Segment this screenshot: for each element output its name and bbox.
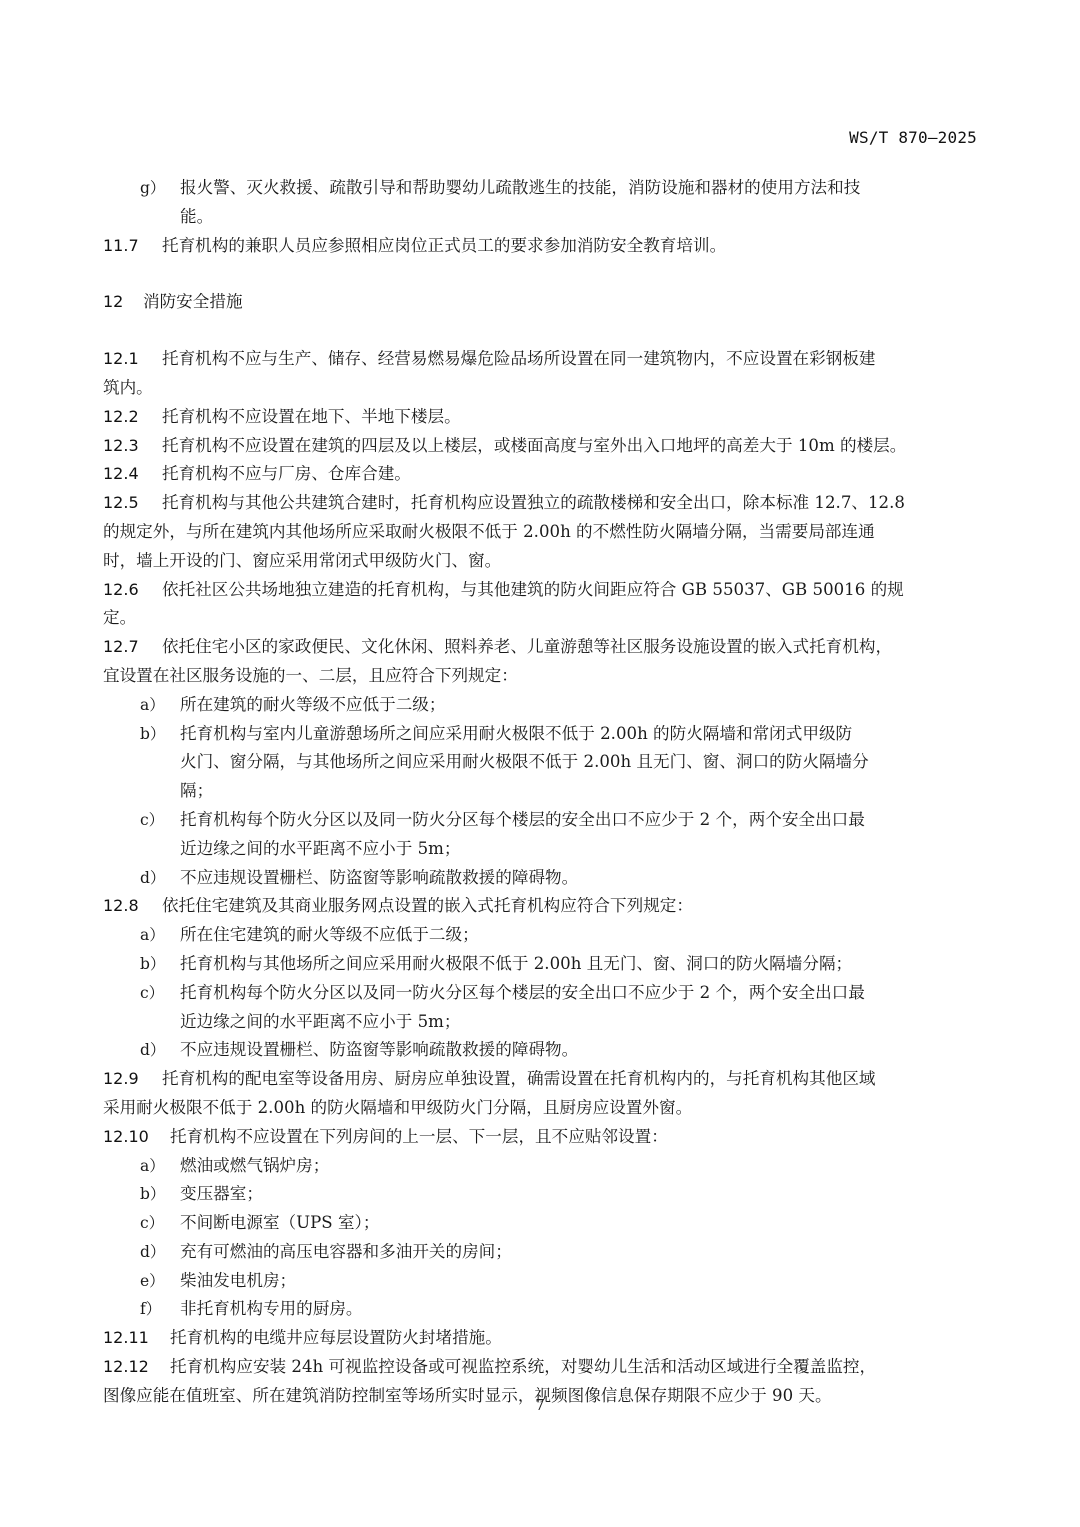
clause-12-4: 12.4托育机构不应与厂房、仓库合建。 [103,460,979,489]
clause-text: 托育机构不应与生产、储存、经营易燃易爆危险品场所设置在同一建筑物内，不应设置在彩… [162,349,876,368]
item-text: 托育机构与其他场所之间应采用耐火极限不低于 2.00h 且无门、窗、洞口的防火隔… [180,954,852,973]
list-item-d: d）不应违规设置栅栏、防盗窗等影响疏散救援的障碍物。 [103,1036,979,1065]
item-text: 变压器室； [180,1184,263,1203]
list-marker: d） [140,1036,180,1065]
item-text: 火门、窗分隔，与其他场所之间应采用耐火极限不低于 2.00h 且无门、窗、洞口的… [180,752,869,771]
item-text: 不应违规设置栅栏、防盗窗等影响疏散救援的障碍物。 [180,868,578,887]
clause-11-7: 11.7托育机构的兼职人员应参照相应岗位正式员工的要求参加消防安全教育培训。 [103,232,979,261]
page-number: 7 [0,1396,1080,1414]
item-text: 近边缘之间的水平距离不应小于 5m； [180,839,460,858]
clause-text: 托育机构的兼职人员应参照相应岗位正式员工的要求参加消防安全教育培训。 [162,236,726,255]
clause-number: 12.12 [103,1353,170,1382]
item-text: 燃油或燃气锅炉房； [180,1156,329,1175]
list-marker: c） [140,979,180,1008]
clause-12-6: 12.6依托社区公共场地独立建造的托育机构，与其他建筑的防火间距应符合 GB 5… [103,576,979,634]
section-number: 12 [103,288,143,317]
list-item-d: d）不应违规设置栅栏、防盗窗等影响疏散救援的障碍物。 [103,864,979,893]
clause-text: 依托社区公共场地独立建造的托育机构，与其他建筑的防火间距应符合 GB 55037… [162,580,904,599]
section-heading-12: 12消防安全措施 [103,288,979,317]
section-title: 消防安全措施 [143,292,243,311]
clause-text: 依托住宅建筑及其商业服务网点设置的嵌入式托育机构应符合下列规定： [162,896,693,915]
list-marker: a） [140,1152,180,1181]
list-item-c: c）不间断电源室（UPS 室）； [103,1209,979,1238]
list-item-e: e）柴油发电机房； [103,1267,979,1296]
clause-number: 12.11 [103,1324,170,1353]
clause-12-5: 12.5托育机构与其他公共建筑合建时，托育机构应设置独立的疏散楼梯和安全出口，除… [103,489,979,575]
clause-text: 托育机构的电缆井应每层设置防火封堵措施。 [170,1328,502,1347]
clause-text: 定。 [103,608,136,627]
item-text: 不间断电源室（UPS 室）； [180,1213,379,1232]
clause-number: 12.1 [103,345,162,374]
clause-text: 托育机构不应设置在地下、半地下楼层。 [162,407,461,426]
clause-12-3: 12.3托育机构不应设置在建筑的四层及以上楼层，或楼面高度与室外出入口地坪的高差… [103,432,979,461]
clause-text: 托育机构与其他公共建筑合建时，托育机构应设置独立的疏散楼梯和安全出口，除本标准 … [162,493,905,512]
list-item-g: g）报火警、灭火救援、疏散引导和帮助婴幼儿疏散逃生的技能，消防设施和器材的使用方… [103,174,979,232]
item-text: 所在建筑的耐火等级不应低于二级； [180,695,446,714]
clause-12-1: 12.1托育机构不应与生产、储存、经营易燃易爆危险品场所设置在同一建筑物内，不应… [103,345,979,403]
list-marker: c） [140,1209,180,1238]
list-item-f: f）非托育机构专用的厨房。 [103,1295,979,1324]
clause-text: 托育机构不应设置在下列房间的上一层、下一层，且不应贴邻设置： [170,1127,668,1146]
clause-text: 采用耐火极限不低于 2.00h 的防火隔墙和甲级防火门分隔，且厨房应设置外窗。 [103,1098,692,1117]
clause-number: 12.8 [103,892,162,921]
list-item-a: a）所在住宅建筑的耐火等级不应低于二级； [103,921,979,950]
list-item-d: d）充有可燃油的高压电容器和多油开关的房间； [103,1238,979,1267]
list-marker: b） [140,720,180,749]
list-item-b: b）托育机构与室内儿童游憩场所之间应采用耐火极限不低于 2.00h 的防火隔墙和… [103,720,979,749]
standard-code: WS/T 870—2025 [849,128,977,147]
clause-12-8: 12.8依托住宅建筑及其商业服务网点设置的嵌入式托育机构应符合下列规定： a）所… [103,892,979,1065]
clause-12-9: 12.9托育机构的配电室等设备用房、厨房应单独设置，确需设置在托育机构内的，与托… [103,1065,979,1123]
clause-12-11: 12.11托育机构的电缆井应每层设置防火封堵措施。 [103,1324,979,1353]
list-item-a: a）燃油或燃气锅炉房； [103,1152,979,1181]
clause-text: 托育机构不应与厂房、仓库合建。 [162,464,411,483]
item-text: 近边缘之间的水平距离不应小于 5m； [180,1012,460,1031]
list-item-b: b）变压器室； [103,1180,979,1209]
list-marker: e） [140,1267,180,1296]
item-text: 所在住宅建筑的耐火等级不应低于二级； [180,925,479,944]
list-item-b: b）托育机构与其他场所之间应采用耐火极限不低于 2.00h 且无门、窗、洞口的防… [103,950,979,979]
item-text: 托育机构每个防火分区以及同一防火分区每个楼层的安全出口不应少于 2 个，两个安全… [180,810,865,829]
item-text: 充有可燃油的高压电容器和多油开关的房间； [180,1242,512,1261]
clause-number: 12.3 [103,432,162,461]
item-text: 柴油发电机房； [180,1271,296,1290]
list-item-c: c）托育机构每个防火分区以及同一防火分区每个楼层的安全出口不应少于 2 个，两个… [103,979,979,1008]
list-marker: a） [140,691,180,720]
clause-text: 托育机构应安装 24h 可视监控设备或可视监控系统，对婴幼儿生活和活动区域进行全… [170,1357,876,1376]
clause-number: 12.10 [103,1123,170,1152]
item-text: 隔； [180,781,213,800]
list-marker: d） [140,864,180,893]
list-marker: b） [140,1180,180,1209]
clause-number: 12.6 [103,576,162,605]
item-text: 不应违规设置栅栏、防盗窗等影响疏散救援的障碍物。 [180,1040,578,1059]
list-marker: b） [140,950,180,979]
clause-12-10: 12.10托育机构不应设置在下列房间的上一层、下一层，且不应贴邻设置： a）燃油… [103,1123,979,1325]
clause-text: 的规定外，与所在建筑内其他场所应采取耐火极限不低于 2.00h 的不燃性防火隔墙… [103,522,875,541]
clause-number: 12.2 [103,403,162,432]
clause-number: 12.5 [103,489,162,518]
item-text: 能。 [180,207,213,226]
list-marker: c） [140,806,180,835]
clause-number: 12.4 [103,460,162,489]
clause-text: 时，墙上开设的门、窗应采用常闭式甲级防火门、窗。 [103,551,501,570]
clause-12-7: 12.7依托住宅小区的家政便民、文化休闲、照料养老、儿童游憩等社区服务设施设置的… [103,633,979,892]
list-marker: a） [140,921,180,950]
clause-text: 宜设置在社区服务设施的一、二层，且应符合下列规定： [103,666,518,685]
list-item-c: c）托育机构每个防火分区以及同一防火分区每个楼层的安全出口不应少于 2 个，两个… [103,806,979,835]
item-text: 非托育机构专用的厨房。 [180,1299,363,1318]
clause-12-2: 12.2托育机构不应设置在地下、半地下楼层。 [103,403,979,432]
item-text: 报火警、灭火救援、疏散引导和帮助婴幼儿疏散逃生的技能，消防设施和器材的使用方法和… [180,178,860,197]
clause-number: 12.9 [103,1065,162,1094]
clause-text: 依托住宅小区的家政便民、文化休闲、照料养老、儿童游憩等社区服务设施设置的嵌入式托… [162,637,892,656]
item-text: 托育机构与室内儿童游憩场所之间应采用耐火极限不低于 2.00h 的防火隔墙和常闭… [180,724,852,743]
clause-text: 托育机构的配电室等设备用房、厨房应单独设置，确需设置在托育机构内的，与托育机构其… [162,1069,876,1088]
clause-text: 筑内。 [103,378,153,397]
list-marker: g） [140,174,180,203]
clause-number: 11.7 [103,232,162,261]
list-marker: f） [140,1295,180,1324]
item-text: 托育机构每个防火分区以及同一防火分区每个楼层的安全出口不应少于 2 个，两个安全… [180,983,865,1002]
clause-text: 托育机构不应设置在建筑的四层及以上楼层，或楼面高度与室外出入口地坪的高差大于 1… [162,436,906,455]
list-item-a: a）所在建筑的耐火等级不应低于二级； [103,691,979,720]
list-marker: d） [140,1238,180,1267]
document-body: g）报火警、灭火救援、疏散引导和帮助婴幼儿疏散逃生的技能，消防设施和器材的使用方… [103,174,979,1411]
clause-number: 12.7 [103,633,162,662]
